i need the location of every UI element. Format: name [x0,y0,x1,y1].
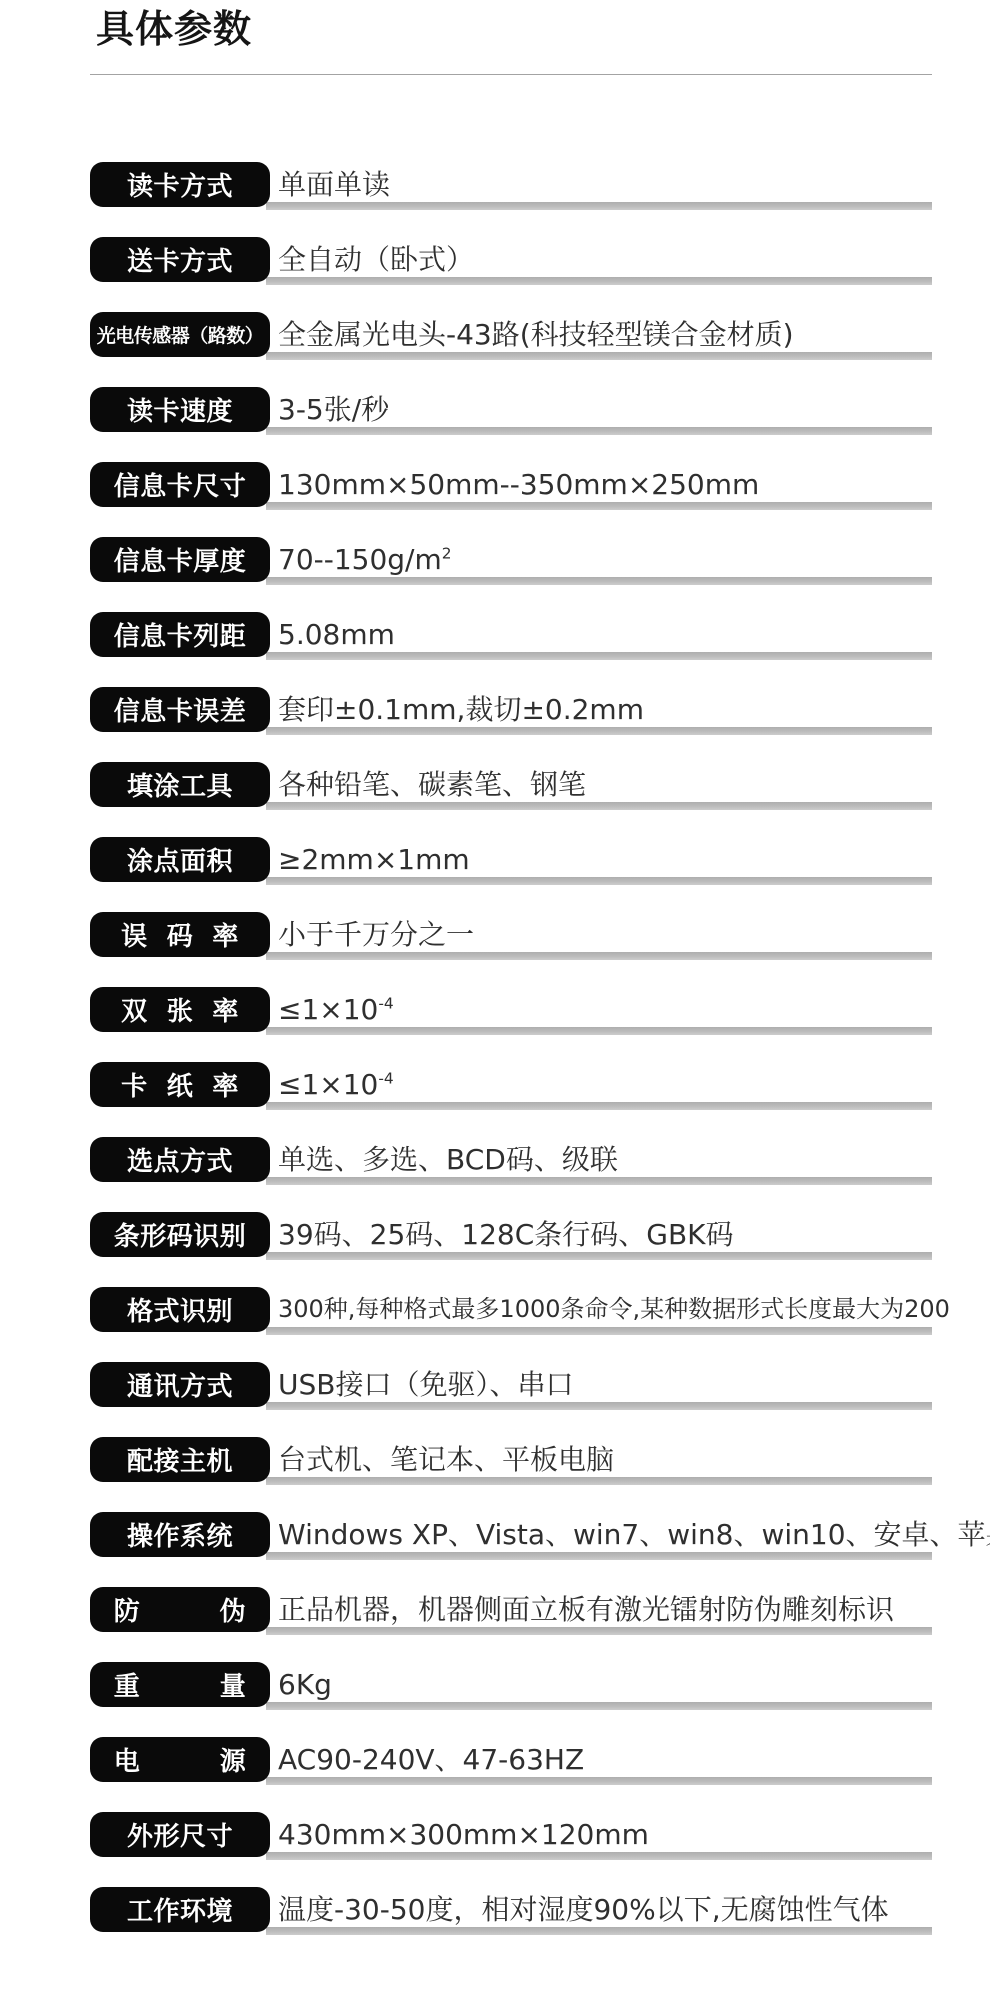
spec-value-text: ≤1×10 [278,993,378,1026]
spec-row: 读卡速度 3-5张/秒 [90,387,932,432]
spec-row: 双 张 率 ≤1×10-4 [90,987,932,1032]
spec-label-pill: 防 伪 [90,1587,270,1632]
spec-value: 70--150g/m2 [278,537,452,582]
spec-label-pill: 送卡方式 [90,237,270,282]
spec-row: 选点方式 单选、多选、BCD码、级联 [90,1137,932,1182]
spec-label: 光电传感器（路数） [97,321,264,348]
spec-label-pill: 双 张 率 [90,987,270,1032]
spec-label-pill: 选点方式 [90,1137,270,1182]
spec-row: 读卡方式 单面单读 [90,162,932,207]
spec-value-text: 5.08mm [278,618,395,651]
spec-label-pill: 填涂工具 [90,762,270,807]
spec-value: ≤1×10-4 [278,1062,394,1107]
spec-label: 信息卡厚度 [114,541,247,578]
spec-row: 信息卡厚度 70--150g/m2 [90,537,932,582]
spec-row: 配接主机 台式机、笔记本、平板电脑 [90,1437,932,1482]
spec-value: 温度-30-50度，相对湿度90%以下,无腐蚀性气体 [278,1887,889,1932]
spec-label-pill: 信息卡列距 [90,612,270,657]
spec-value-text: 台式机、笔记本、平板电脑 [278,1443,614,1476]
spec-label-pill: 信息卡厚度 [90,537,270,582]
spec-label-pill: 误 码 率 [90,912,270,957]
spec-label-pill: 电 源 [90,1737,270,1782]
spec-label: 读卡方式 [127,166,233,203]
spec-row: 操作系统 Windows XP、Vista、win7、win8、win10、安卓… [90,1512,932,1557]
spec-label-pill: 重 量 [90,1662,270,1707]
spec-row: 重 量 6Kg [90,1662,932,1707]
spec-value: 正品机器，机器侧面立板有激光镭射防伪雕刻标识 [278,1587,894,1632]
spec-value: 全自动（卧式） [278,237,474,282]
spec-value-text: ≥2mm×1mm [278,843,470,876]
spec-label-pill: 格式识别 [90,1287,270,1332]
spec-value: 430mm×300mm×120mm [278,1812,649,1857]
spec-value: 300种,每种格式最多1000条命令,某种数据形式长度最大为200 [278,1287,950,1332]
spec-value-text: 温度-30-50度，相对湿度90%以下,无腐蚀性气体 [278,1893,889,1926]
spec-row: 条形码识别 39码、25码、128C条行码、GBK码 [90,1212,932,1257]
spec-label: 涂点面积 [127,841,233,878]
spec-value-text: 全自动（卧式） [278,243,474,276]
spec-value: 单面单读 [278,162,390,207]
spec-value: ≥2mm×1mm [278,837,470,882]
title-divider [90,74,932,75]
spec-label: 电 源 [114,1741,247,1778]
spec-value-text: 130mm×50mm--350mm×250mm [278,468,759,501]
spec-value: 单选、多选、BCD码、级联 [278,1137,618,1182]
spec-row: 涂点面积 ≥2mm×1mm [90,837,932,882]
spec-label: 操作系统 [127,1516,233,1553]
spec-label: 填涂工具 [127,766,233,803]
spec-label: 条形码识别 [114,1216,247,1253]
spec-label: 选点方式 [127,1141,233,1178]
spec-value-text: 430mm×300mm×120mm [278,1818,649,1851]
spec-value: AC90-240V、47-63HZ [278,1737,584,1782]
spec-label: 误 码 率 [121,916,239,953]
spec-value: ≤1×10-4 [278,987,394,1032]
spec-value-superscript: -4 [378,994,393,1012]
spec-row: 填涂工具 各种铅笔、碳素笔、钢笔 [90,762,932,807]
spec-label-pill: 操作系统 [90,1512,270,1557]
spec-label: 工作环境 [127,1891,233,1928]
spec-row: 信息卡列距 5.08mm [90,612,932,657]
spec-label-pill: 工作环境 [90,1887,270,1932]
spec-value-text: ≤1×10 [278,1068,378,1101]
spec-label: 信息卡列距 [114,616,247,653]
spec-value-text: 单面单读 [278,168,390,201]
spec-label: 卡 纸 率 [121,1066,239,1103]
spec-label: 读卡速度 [127,391,233,428]
spec-row: 信息卡尺寸 130mm×50mm--350mm×250mm [90,462,932,507]
spec-row: 送卡方式 全自动（卧式） [90,237,932,282]
spec-value-text: 套印±0.1mm,裁切±0.2mm [278,693,644,726]
spec-value-text: AC90-240V、47-63HZ [278,1743,584,1776]
spec-page: 具体参数 读卡方式 单面单读 送卡方式 全自动（卧式） 光电传感器（路数） 全金… [0,0,990,1996]
spec-label: 双 张 率 [121,991,239,1028]
spec-value: 5.08mm [278,612,395,657]
spec-label: 送卡方式 [127,241,233,278]
spec-label: 信息卡误差 [114,691,247,728]
spec-label-pill: 外形尺寸 [90,1812,270,1857]
spec-row: 误 码 率 小于千万分之一 [90,912,932,957]
spec-value-text: 单选、多选、BCD码、级联 [278,1143,618,1176]
spec-label: 防 伪 [114,1591,247,1628]
spec-row: 电 源 AC90-240V、47-63HZ [90,1737,932,1782]
spec-label: 重 量 [114,1666,247,1703]
spec-value-text: 小于千万分之一 [278,918,474,951]
spec-row: 工作环境 温度-30-50度，相对湿度90%以下,无腐蚀性气体 [90,1887,932,1932]
spec-label-pill: 卡 纸 率 [90,1062,270,1107]
spec-label-pill: 条形码识别 [90,1212,270,1257]
spec-value: 3-5张/秒 [278,387,389,432]
spec-value-text: 3-5张/秒 [278,393,389,426]
spec-label-pill: 通讯方式 [90,1362,270,1407]
spec-row: 卡 纸 率 ≤1×10-4 [90,1062,932,1107]
spec-value: Windows XP、Vista、win7、win8、win10、安卓、苹果系统 [278,1512,990,1557]
spec-row: 信息卡误差 套印±0.1mm,裁切±0.2mm [90,687,932,732]
spec-label-pill: 读卡速度 [90,387,270,432]
spec-label-pill: 涂点面积 [90,837,270,882]
spec-value-text: 各种铅笔、碳素笔、钢笔 [278,768,586,801]
spec-value: USB接口（免驱）、串口 [278,1362,573,1407]
spec-value-text: Windows XP、Vista、win7、win8、win10、安卓、苹果系统 [278,1518,990,1551]
spec-row: 防 伪 正品机器，机器侧面立板有激光镭射防伪雕刻标识 [90,1587,932,1632]
spec-value: 台式机、笔记本、平板电脑 [278,1437,614,1482]
spec-value: 各种铅笔、碳素笔、钢笔 [278,762,586,807]
spec-value: 套印±0.1mm,裁切±0.2mm [278,687,644,732]
spec-value-text: USB接口（免驱）、串口 [278,1368,573,1401]
spec-value-text: 正品机器，机器侧面立板有激光镭射防伪雕刻标识 [278,1593,894,1626]
spec-list: 读卡方式 单面单读 送卡方式 全自动（卧式） 光电传感器（路数） 全金属光电头-… [90,162,932,1932]
spec-label-pill: 信息卡误差 [90,687,270,732]
page-title: 具体参数 [0,0,990,52]
spec-value: 6Kg [278,1662,332,1707]
spec-label: 格式识别 [127,1291,233,1328]
spec-label: 外形尺寸 [127,1816,233,1853]
spec-value-superscript: 2 [442,544,452,562]
spec-row: 格式识别 300种,每种格式最多1000条命令,某种数据形式长度最大为200 [90,1287,932,1332]
row-underline [266,1702,932,1710]
spec-label: 通讯方式 [127,1366,233,1403]
spec-value-text: 300种,每种格式最多1000条命令,某种数据形式长度最大为200 [278,1295,950,1323]
spec-value-text: 39码、25码、128C条行码、GBK码 [278,1218,734,1251]
spec-value: 小于千万分之一 [278,912,474,957]
spec-label-pill: 读卡方式 [90,162,270,207]
spec-value: 130mm×50mm--350mm×250mm [278,462,759,507]
spec-row: 外形尺寸 430mm×300mm×120mm [90,1812,932,1857]
spec-value-text: 6Kg [278,1668,332,1701]
spec-value-text: 全金属光电头-43路(科技轻型镁合金材质) [278,318,794,351]
spec-row: 通讯方式 USB接口（免驱）、串口 [90,1362,932,1407]
spec-label-pill: 信息卡尺寸 [90,462,270,507]
spec-label: 信息卡尺寸 [114,466,247,503]
spec-label-pill: 光电传感器（路数） [90,312,270,357]
spec-value: 39码、25码、128C条行码、GBK码 [278,1212,734,1257]
spec-label-pill: 配接主机 [90,1437,270,1482]
spec-value-superscript: -4 [378,1069,393,1087]
spec-label: 配接主机 [127,1441,233,1478]
spec-row: 光电传感器（路数） 全金属光电头-43路(科技轻型镁合金材质) [90,312,932,357]
spec-value-text: 70--150g/m [278,543,442,576]
spec-value: 全金属光电头-43路(科技轻型镁合金材质) [278,312,794,357]
